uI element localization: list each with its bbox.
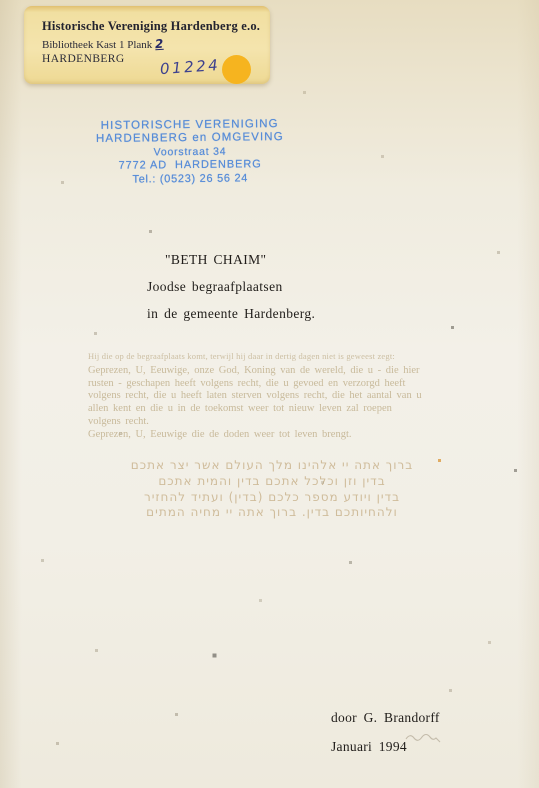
book-subtitle-2: in de gemeente Hardenberg.: [147, 300, 315, 327]
show-through-intro: Hij die op de begraafplaats komt, terwij…: [88, 351, 464, 361]
shelf-line-text: Bibliotheek Kast 1 Plank: [42, 39, 152, 51]
show-through-line: rusten - geschapen heeft volgens recht, …: [88, 378, 464, 391]
author-line: door G. Brandorff: [331, 704, 440, 733]
scanned-title-page: Historische Vereniging Hardenberg e.o. B…: [0, 0, 539, 788]
show-through-hebrew-block: ברוך אתה יי אלהינו מלך העולם אשר יצר אתכ…: [122, 458, 422, 521]
show-through-paragraph: Hij die op de begraafplaats komt, terwij…: [88, 351, 464, 441]
show-through-line: volgens recht, die u heeft laten sterven…: [88, 390, 464, 403]
title-block: "BETH CHAIM" Joodse begraafplaatsen in d…: [147, 246, 315, 327]
show-through-line: Geprezen, U, Eeuwige, onze God, Koning v…: [88, 365, 464, 378]
hebrew-line: ולהחיותכם בדין. ברוך אתה יי מחיה המתים: [122, 505, 422, 521]
library-label-sticker: Historische Vereniging Hardenberg e.o. B…: [24, 6, 270, 84]
hebrew-line: בדין וזן וכלכל אתכם בדין והמית אתכם: [122, 474, 422, 490]
stamp-line-2: HARDENBERG en OMGEVING: [70, 131, 310, 147]
show-through-line: Geprezen, U, Eeuwige die de doden weer t…: [88, 429, 464, 442]
ownership-stamp: HISTORISCHE VERENIGING HARDENBERG en OMG…: [70, 118, 311, 188]
hebrew-line: בדין ויודע מספר כלכם (בדין) ועתיד להחזיר: [122, 490, 422, 506]
book-subtitle-1: Joodse begraafplaatsen: [147, 273, 315, 300]
book-title: "BETH CHAIM": [165, 246, 315, 273]
stamp-line-5: Tel.: (0523) 26 56 24: [70, 171, 310, 187]
show-through-line: allen kent en die u in de toekomst weer …: [88, 403, 464, 416]
accession-number-handwritten: 01224: [159, 56, 220, 78]
library-shelf-line: Bibliotheek Kast 1 Plank 2: [42, 37, 270, 51]
orange-dot-sticker: [222, 55, 251, 84]
paper-specks: [0, 0, 1, 1]
library-org-name: Historische Vereniging Hardenberg e.o.: [42, 19, 270, 34]
hebrew-line: ברוך אתה יי אלהינו מלך העולם אשר יצר אתכ…: [122, 458, 422, 474]
pencil-mark: [404, 731, 446, 745]
shelf-number-handwritten: 2: [155, 37, 164, 52]
show-through-line: volgens recht.: [88, 416, 464, 429]
